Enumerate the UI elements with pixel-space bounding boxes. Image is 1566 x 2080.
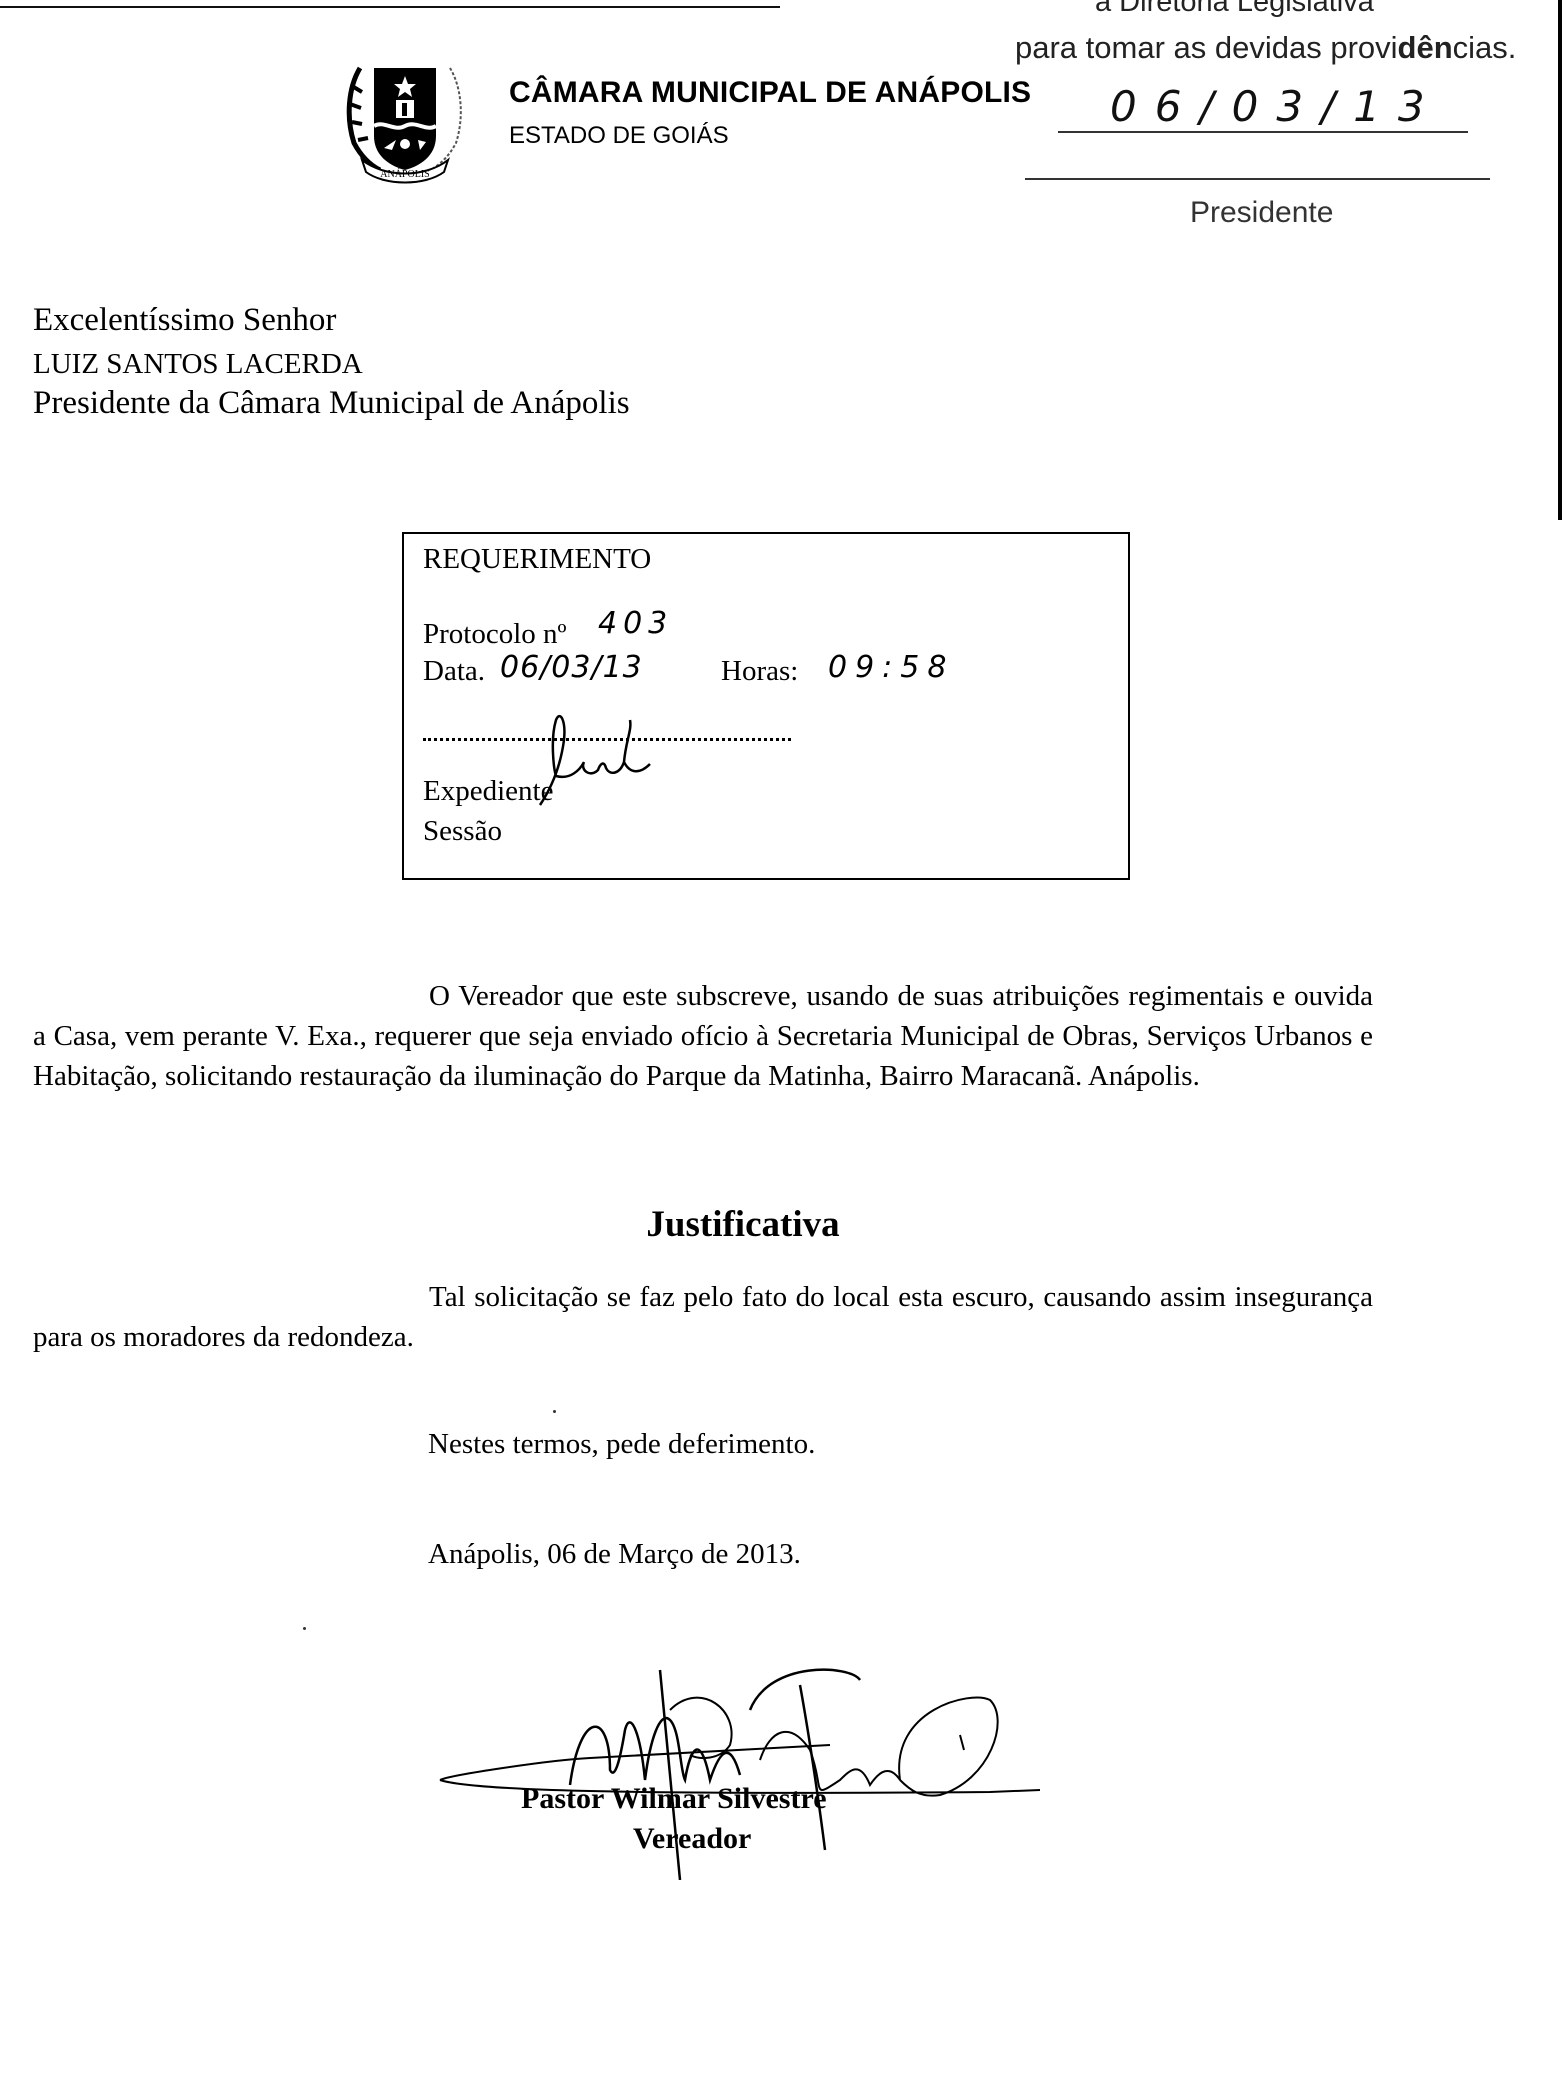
protocol-hours-label: Horas: xyxy=(721,655,798,688)
stamp-date-rule xyxy=(1058,131,1468,133)
protocol-box-title: REQUERIMENTO xyxy=(423,543,651,576)
protocol-number-value: 403 xyxy=(598,606,673,641)
place-and-date: Anápolis, 06 de Março de 2013. xyxy=(428,1538,801,1571)
protocol-option-expediente: Expediente xyxy=(423,775,553,808)
justification-paragraph: Tal solicitação se faz pelo fato do loca… xyxy=(33,1277,1373,1357)
request-paragraph: O Vereador que este subscreve, usando de… xyxy=(33,976,1373,1096)
justification-heading: Justificativa xyxy=(0,1203,1486,1246)
protocol-option-sessao: Sessão xyxy=(423,815,502,848)
addressee-title: Presidente da Câmara Municipal de Anápol… xyxy=(33,385,630,422)
signer-name: Pastor Wilmar Silvestre xyxy=(521,1782,827,1816)
protocol-box xyxy=(402,532,1130,880)
stamp-handwritten-date: 06/03/13 xyxy=(1110,82,1443,131)
scan-edge-line xyxy=(1558,0,1562,520)
stamp-president-caption: Presidente xyxy=(1190,196,1333,230)
salutation: Excelentíssimo Senhor xyxy=(33,302,336,339)
scan-speck xyxy=(553,1410,556,1413)
institution-name: CÂMARA MUNICIPAL DE ANÁPOLIS xyxy=(509,76,1031,110)
scan-speck xyxy=(303,1627,306,1630)
protocol-hours-value: 09:58 xyxy=(828,650,954,685)
stamp-signature-rule xyxy=(1025,178,1490,180)
municipal-crest-icon: ANÁPOLIS xyxy=(340,48,470,188)
closing-line: Nestes termos, pede deferimento. xyxy=(428,1428,815,1461)
top-rule xyxy=(0,6,780,8)
protocol-date-label: Data. xyxy=(423,655,485,688)
addressee-name: LUIZ SANTOS LACERDA xyxy=(33,348,363,381)
svg-text:ANÁPOLIS: ANÁPOLIS xyxy=(380,168,429,180)
institution-state: ESTADO DE GOIÁS xyxy=(509,122,729,150)
protocol-number-label: Protocolo nº xyxy=(423,618,567,651)
stamp-instruction-line: para tomar as devidas providências. xyxy=(1015,30,1516,66)
signer-role: Vereador xyxy=(633,1822,751,1856)
protocol-date-value: 06/03/13 xyxy=(500,650,643,685)
stamp-forward-line: à Diretoria Legislativa xyxy=(1095,0,1374,19)
